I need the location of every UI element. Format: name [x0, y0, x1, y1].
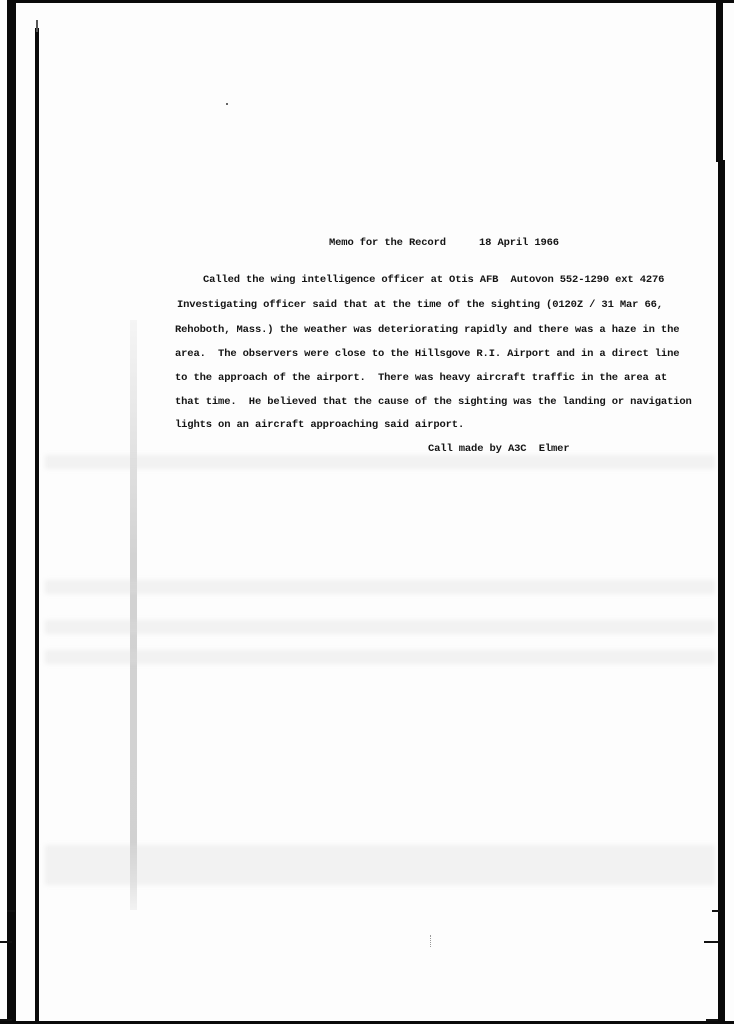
bleed-through-line — [45, 650, 715, 664]
memo-body-line: area. The observers were close to the Hi… — [175, 349, 679, 360]
scan-border-left-outer — [7, 0, 16, 1024]
memo-body-line: Rehoboth, Mass.) the weather was deterio… — [175, 325, 679, 336]
registration-tick — [0, 941, 12, 943]
scan-bleed-strip — [130, 320, 137, 910]
memo-body-line: lights on an aircraft approaching said a… — [175, 420, 464, 431]
page-mark — [430, 935, 433, 947]
scan-speck — [226, 103, 228, 105]
memo-body-line: that time. He believed that the cause of… — [175, 397, 692, 408]
scan-border-right-lower — [718, 160, 725, 1024]
bleed-through-line — [45, 455, 715, 469]
registration-tick — [7, 910, 15, 912]
registration-tick — [712, 910, 720, 912]
scan-border-right-upper — [716, 0, 723, 162]
registration-tick — [704, 941, 718, 943]
memo-body-line: Investigating officer said that at the t… — [177, 300, 663, 311]
memo-signature: Call made by A3C Elmer — [428, 444, 569, 455]
scan-border-top — [10, 0, 734, 3]
bleed-through-line — [45, 845, 715, 885]
memo-title: Memo for the Record — [329, 238, 446, 249]
scanned-document-page: Memo for the Record 18 April 1966 Called… — [0, 0, 734, 1024]
registration-tick — [706, 1019, 718, 1021]
bleed-through-line — [45, 580, 715, 594]
memo-date: 18 April 1966 — [479, 238, 559, 249]
scan-border-left-inner — [35, 28, 39, 1024]
registration-tick — [0, 1019, 12, 1021]
bleed-through-line — [45, 620, 715, 634]
memo-body-line: to the approach of the airport. There wa… — [175, 373, 667, 384]
memo-body-line: Called the wing intelligence officer at … — [203, 275, 664, 286]
scan-border-left-inner-tip — [36, 20, 38, 32]
